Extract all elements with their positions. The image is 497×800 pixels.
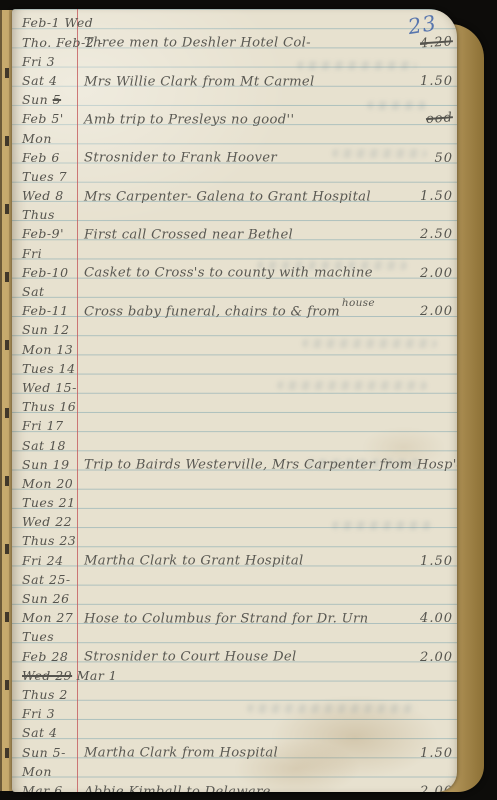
ledger-row: Feb-1 Wed: [12, 10, 457, 29]
ledger-row: Mon: [12, 758, 457, 777]
date-text: Mon 20: [22, 476, 73, 491]
date-label: Tho. Feb-2 -: [22, 33, 80, 52]
ledger-row: Feb 5' Amb trip to Presleys no good'' oo…: [12, 106, 457, 125]
ledger-row: Wed 8 Mrs Carpenter- Galena to Grant Hos…: [12, 183, 457, 202]
date-label: Fri 24: [22, 551, 80, 570]
ledger-row: Thus: [12, 202, 457, 221]
date-label: Mon: [22, 129, 80, 148]
ledger-row: Mon 13: [12, 336, 457, 355]
date-label: Tues 14: [22, 359, 80, 378]
date-text: Fri 3: [22, 706, 55, 721]
amount-value: 2.00: [401, 782, 453, 792]
date-text: Feb-10: [22, 265, 69, 280]
date-text: Tues 7: [22, 169, 67, 184]
date-label: Tues: [22, 627, 80, 646]
ledger-row: Fri 24 Martha Clark to Grant Hospital 1.…: [12, 547, 457, 566]
ledger-row: Sun 5- Martha Clark from Hospital 1.50: [12, 739, 457, 758]
date-text: Feb 6: [22, 150, 60, 165]
ledger-row: Tues 14: [12, 355, 457, 374]
ledger-row: Thus 23: [12, 528, 457, 547]
ledger-rows: Feb-1 Wed Tho. Feb-2 - Three men to Desh…: [12, 10, 457, 792]
date-label: Feb 6: [22, 148, 80, 167]
ledger-row: Sat 4: [12, 720, 457, 739]
ledger-row: Thus 16: [12, 394, 457, 413]
date-struck-text: Wed 29: [22, 668, 72, 683]
amount-value: 2.00: [401, 302, 453, 321]
date-text: Mon: [22, 764, 52, 779]
entry-superscript-note: house: [342, 297, 375, 309]
amount-value: 1.50: [401, 744, 453, 763]
date-label: Wed 15-: [22, 378, 80, 397]
amount-value: 1.50: [401, 552, 453, 571]
date-text: Feb 5': [22, 111, 64, 126]
ledger-row: Fri 17: [12, 413, 457, 432]
amount-value: 4.20: [400, 32, 453, 55]
entry-description: Abbie Kimball to Delaware: [84, 784, 271, 792]
date-text: Wed 15-: [22, 380, 77, 395]
ledger-row: Fri 3: [12, 48, 457, 67]
ledger-row: Wed 29 Mar 1: [12, 662, 457, 681]
date-label: Sat 4: [22, 71, 80, 90]
date-label: Thus 23: [22, 531, 80, 550]
ledger-row: Sat: [12, 279, 457, 298]
date-text: Fri 3: [22, 54, 55, 69]
amount-value: 1.50: [401, 187, 453, 206]
date-label: Fri: [22, 244, 80, 263]
date-label: Thus: [22, 205, 80, 224]
date-text: Fri 17: [22, 418, 64, 433]
date-text: Sun: [22, 92, 53, 107]
date-text: Wed 22: [22, 514, 72, 529]
date-text: Mon: [22, 131, 52, 146]
date-text: Sat: [22, 284, 45, 299]
amount-value: 2.00: [401, 648, 453, 667]
ledger-row: Feb 6 Strosnider to Frank Hoover 50: [12, 144, 457, 163]
date-text: Sun 19: [22, 457, 70, 472]
date-label: Feb-11: [22, 301, 80, 320]
date-label: Sun 19: [22, 455, 80, 474]
date-label: Fri 3: [22, 704, 80, 723]
date-label: Tues 7: [22, 167, 80, 186]
date-label: Sat: [22, 282, 80, 301]
date-label: Sun 5: [22, 90, 80, 109]
date-text: Thus 2: [22, 687, 68, 702]
date-text: Mon 27: [22, 610, 73, 625]
amount-value: 1.50: [401, 72, 453, 91]
amount-value: 50: [401, 149, 453, 168]
ledger-row: Fri 3: [12, 701, 457, 720]
amount-value: ood: [400, 109, 453, 132]
date-label: Wed 8: [22, 186, 80, 205]
ledger-row: Sun 12: [12, 317, 457, 336]
date-text: Thus: [22, 207, 55, 222]
date-text: Feb-11: [22, 303, 69, 318]
ledger-row: Wed 22: [12, 509, 457, 528]
date-text: Sun 12: [22, 322, 70, 337]
amount-value: 2.00: [401, 264, 453, 283]
amount-value: 4.00: [401, 609, 453, 628]
ledger-row: Fri: [12, 240, 457, 259]
ledger-row: Sun 5: [12, 87, 457, 106]
ledger-row: Tho. Feb-2 - Three men to Deshler Hotel …: [12, 29, 457, 48]
ledger-row: Tues: [12, 624, 457, 643]
ledger-row: Mon 27 Hose to Columbus for Strand for D…: [12, 605, 457, 624]
ledger-row: Wed 15-: [12, 375, 457, 394]
ledger-row: Sun 19 Trip to Bairds Westerville, Mrs C…: [12, 451, 457, 470]
date-text: Feb-9': [22, 226, 64, 241]
ledger-row: Sat 25-: [12, 566, 457, 585]
entry-text: Abbie Kimball to Delaware: [80, 778, 401, 793]
ledger-row: Tues 7: [12, 164, 457, 183]
ledger-row: Feb-11 Cross baby funeral, chairs to & f…: [12, 298, 457, 317]
date-label: Feb-1 Wed: [22, 13, 80, 32]
binding-stitches: [5, 10, 9, 791]
ledger-row: Feb-9' First call Crossed near Bethel 2.…: [12, 221, 457, 240]
date-text: Thus 16: [22, 399, 76, 414]
date-text: Tues: [22, 629, 54, 644]
date-label: Sun 26: [22, 589, 80, 608]
date-label: Mon 20: [22, 474, 80, 493]
date-label: Fri 17: [22, 416, 80, 435]
date-text: Fri 24: [22, 553, 64, 568]
date-label: Thus 2: [22, 685, 80, 704]
date-label: Feb 5': [22, 109, 80, 128]
date-label: Wed 22: [22, 512, 80, 531]
date-label: Mon 13: [22, 340, 80, 359]
date-label: Sat 4: [22, 723, 80, 742]
date-text: Thus 23: [22, 533, 76, 548]
ledger-row: Thus 2: [12, 682, 457, 701]
date-label: Mar 6: [22, 781, 80, 792]
date-text: Feb 28: [22, 649, 68, 664]
date-text: Mon 13: [22, 342, 73, 357]
date-label: Mon 27: [22, 608, 80, 627]
date-text: Wed 8: [22, 188, 64, 203]
date-text: Tues 21: [22, 495, 76, 510]
date-label: Feb-9': [22, 224, 80, 243]
date-label: Sun 12: [22, 320, 80, 339]
ledger-row: Feb-10 Casket to Cross's to county with …: [12, 259, 457, 278]
date-label: Feb-10: [22, 263, 80, 282]
date-label: Sun 5-: [22, 743, 80, 762]
ledger-row: Mon: [12, 125, 457, 144]
date-text: Sun 26: [22, 591, 70, 606]
date-struck-text: 5: [53, 92, 61, 107]
ledger-row: Sat 4 Mrs Willie Clark from Mt Carmel 1.…: [12, 68, 457, 87]
date-label: Wed 29 Mar 1: [22, 666, 80, 685]
date-text: Sat 18: [22, 438, 66, 453]
ledger-row: Tues 21: [12, 490, 457, 509]
date-label: Mon: [22, 762, 80, 781]
ledger-page: 23 Feb-1 Wed Tho. Feb-2 - Three men to D…: [12, 9, 457, 792]
date-label: Sat 18: [22, 436, 80, 455]
amount-value: 2.50: [401, 225, 453, 244]
date-text: Sat 4: [22, 73, 57, 88]
date-text: Sat 4: [22, 725, 57, 740]
date-text: Mar 6: [22, 783, 63, 792]
date-label: Fri 3: [22, 52, 80, 71]
date-label: Thus 16: [22, 397, 80, 416]
date-text: Fri: [22, 246, 42, 261]
ledger-row: Sun 26: [12, 586, 457, 605]
ledger-row: Sat 18: [12, 432, 457, 451]
date-label: Sat 25-: [22, 570, 80, 589]
ledger-row: Mon 20: [12, 471, 457, 490]
date-label: Feb 28: [22, 647, 80, 666]
date-text: Sat 25-: [22, 572, 71, 587]
date-text: Sun 5-: [22, 745, 66, 760]
ledger-row: Feb 28 Strosnider to Court House Del 2.0…: [12, 643, 457, 662]
date-text: Tues 14: [22, 361, 76, 376]
date-label: Tues 21: [22, 493, 80, 512]
